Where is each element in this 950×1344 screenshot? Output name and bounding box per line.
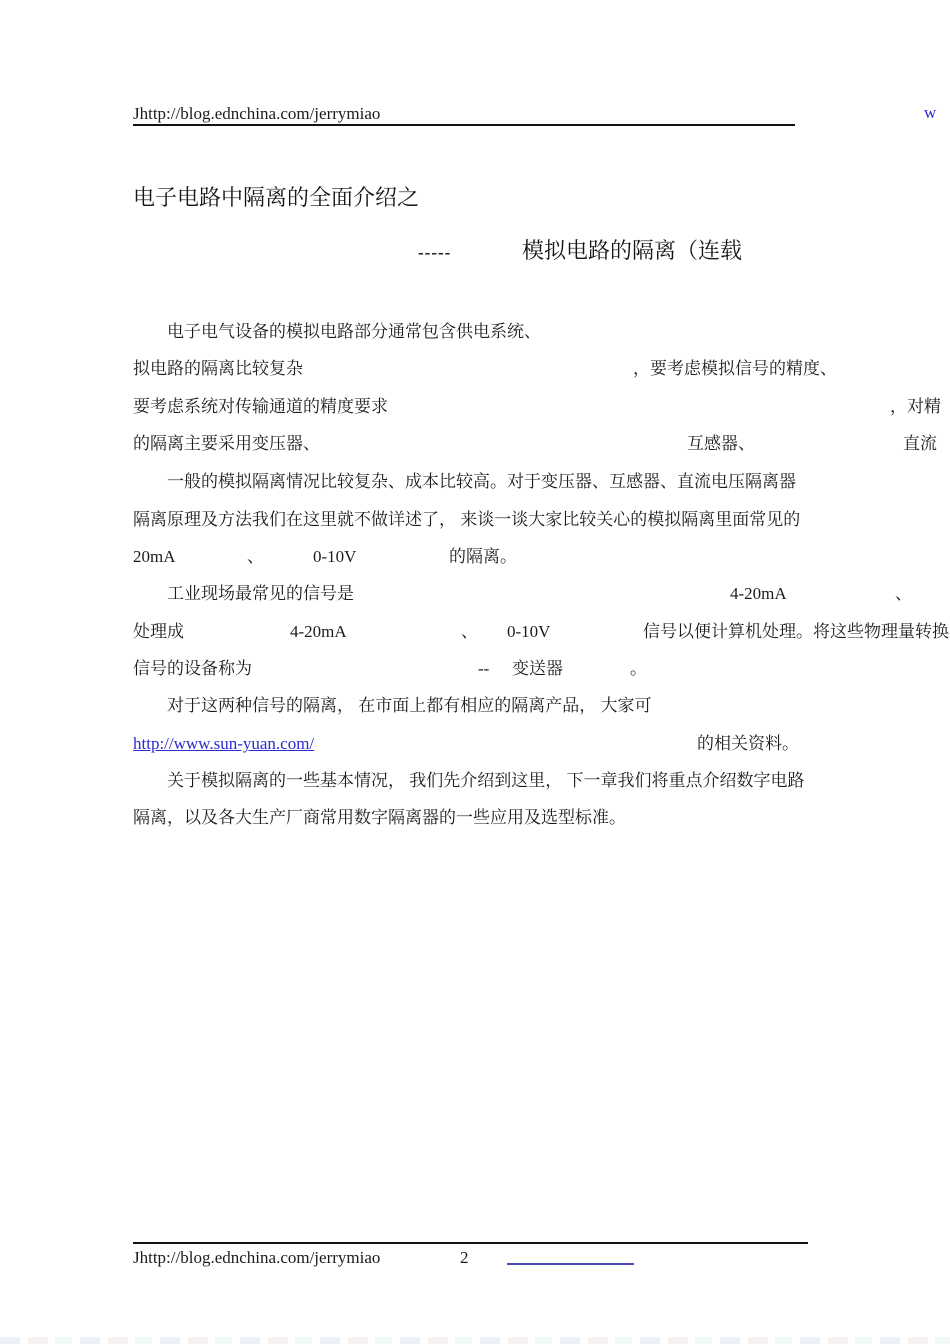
p3-line2-0-10v: 0-10V [507,622,550,642]
p2-line3-20ma: 20mA [133,547,176,567]
p1-line3-right-clipped: ，对精 [890,397,941,417]
footer-empty-link-underline[interactable] [507,1263,634,1265]
footer-blog-url: Jhttp://blog.ednchina.com/jerrymiao [133,1248,380,1268]
header-rule [133,124,795,126]
bottom-clipped-text-strip [0,1337,950,1344]
p2-line2: 隔离原理及方法我们在这里就不做详述了， 来谈一谈大家比较关心的模拟隔离里面常见的 [133,510,800,530]
subtitle-dashes: ----- [418,243,451,263]
p1-line4-left: 的隔离主要采用变压器、 [133,434,320,454]
p5-line1: 关于模拟隔离的一些基本情况， 我们先介绍到这里， 下一章我们将重点介绍数字电路 [167,771,805,791]
p2-line3-tail: 的隔离。 [449,547,517,567]
p2-line3-0-10v: 0-10V [313,547,356,567]
p4-line1: 对于这两种信号的隔离， 在市面上都有相应的隔离产品， 大家可 [167,696,652,716]
p3-line2-4-20ma: 4-20mA [290,622,347,642]
p3-line1-comma: 、 [895,584,912,604]
sun-yuan-link[interactable]: http://www.sun-yuan.com/ [133,734,314,754]
p3-line3-dashes: -- [478,659,489,679]
p3-line1-4-20ma: 4-20mA [730,584,787,604]
p3-line2-left: 处理成 [133,622,184,642]
p3-line3-left: 信号的设备称为 [133,659,252,679]
page-title: 电子电路中隔离的全面介绍之 [133,185,419,211]
p2-line3-comma: 、 [247,547,264,567]
p1-line4-right-clipped: 直流 [903,434,937,454]
p1-line2-left: 拟电路的隔离比较复杂 [133,359,303,379]
p1-line3-left: 要考虑系统对传输通道的精度要求 [133,397,388,417]
p3-line2-comma: 、 [461,622,478,642]
p5-line2: 隔离，以及各大生产厂商常用数字隔离器的一些应用及选型标准。 [133,808,626,828]
header-right-link-fragment[interactable]: w [924,103,936,123]
document-page: Jhttp://blog.ednchina.com/jerrymiao w 电子… [0,0,950,1344]
p3-line1-left: 工业现场最常见的信号是 [167,584,354,604]
header-blog-url: Jhttp://blog.ednchina.com/jerrymiao [133,104,380,124]
footer-rule [133,1242,808,1244]
p4-line2-tail: 的相关资料。 [697,734,799,754]
p3-line2-right-clipped: 信号以便计算机处理。将这些物理量转换 [643,622,949,642]
p1-line2-right: ，要考虑模拟信号的精度、 [633,359,837,379]
footer-page-number: 2 [460,1248,469,1268]
p3-line3-period: 。 [630,659,647,679]
p1-line1: 电子电气设备的模拟电路部分通常包含供电系统、 [167,322,541,342]
p3-line3-transmitter: 变送器 [512,659,563,679]
page-subtitle: 模拟电路的隔离（连载 [522,238,742,264]
p2-line1: 一般的模拟隔离情况比较复杂、成本比较高。对于变压器、互感器、直流电压隔离器 [167,472,796,492]
p1-line4-mid: 互感器、 [687,434,755,454]
